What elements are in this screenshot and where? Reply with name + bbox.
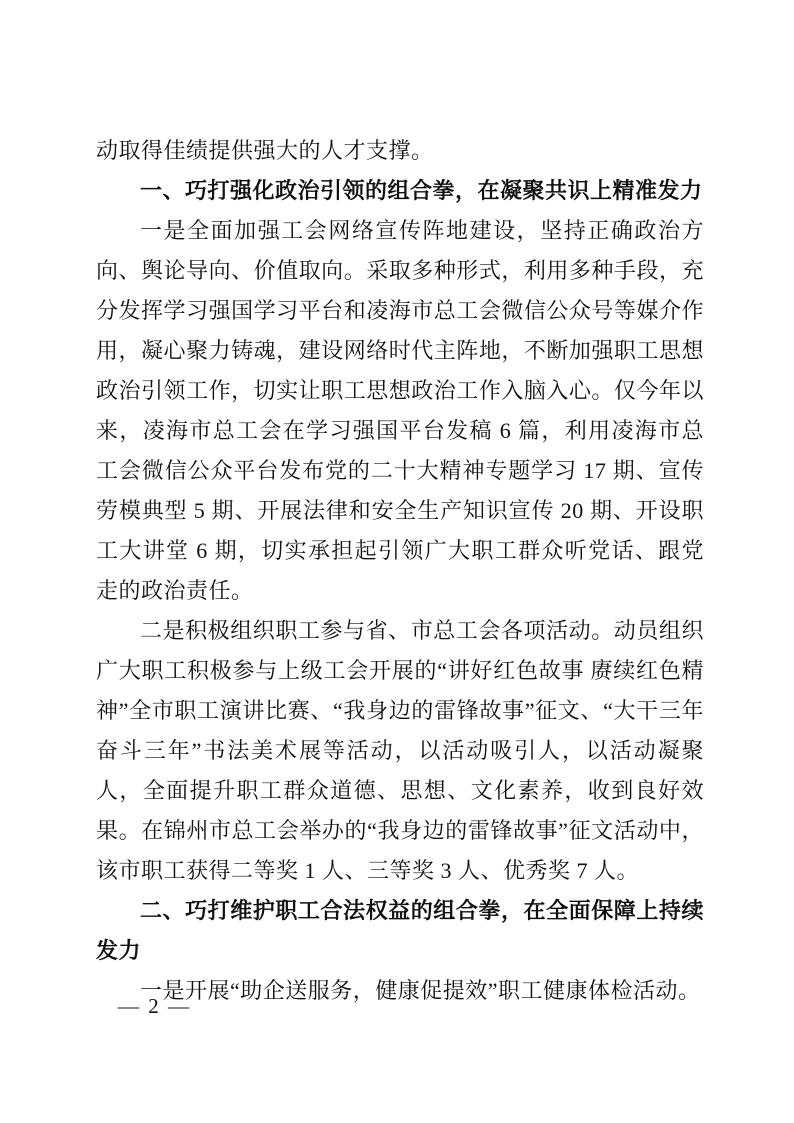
body-paragraph-2: 二是积极组织职工参与省、市总工会各项活动。动员组织广大职工积极参与上级工会开展的… — [96, 611, 704, 891]
page-footer: — 2 — — [118, 994, 191, 1019]
body-paragraph-1: 一是全面加强工会网络宣传阵地建设，坚持正确政治方向、舆论导向、价值取向。采取多种… — [96, 211, 704, 611]
section-heading-1: 一、巧打强化政治引领的组合拳，在凝聚共识上精准发力 — [96, 171, 704, 211]
document-page: 动取得佳绩提供强大的人才支撑。 一、巧打强化政治引领的组合拳，在凝聚共识上精准发… — [0, 0, 794, 1123]
section-heading-2: 二、巧打维护职工合法权益的组合拳，在全面保障上持续发力 — [96, 891, 704, 971]
paragraph-continuation: 动取得佳绩提供强大的人才支撑。 — [96, 131, 704, 171]
page-number: — 2 — — [118, 994, 191, 1018]
document-body: 动取得佳绩提供强大的人才支撑。 一、巧打强化政治引领的组合拳，在凝聚共识上精准发… — [96, 131, 704, 1011]
